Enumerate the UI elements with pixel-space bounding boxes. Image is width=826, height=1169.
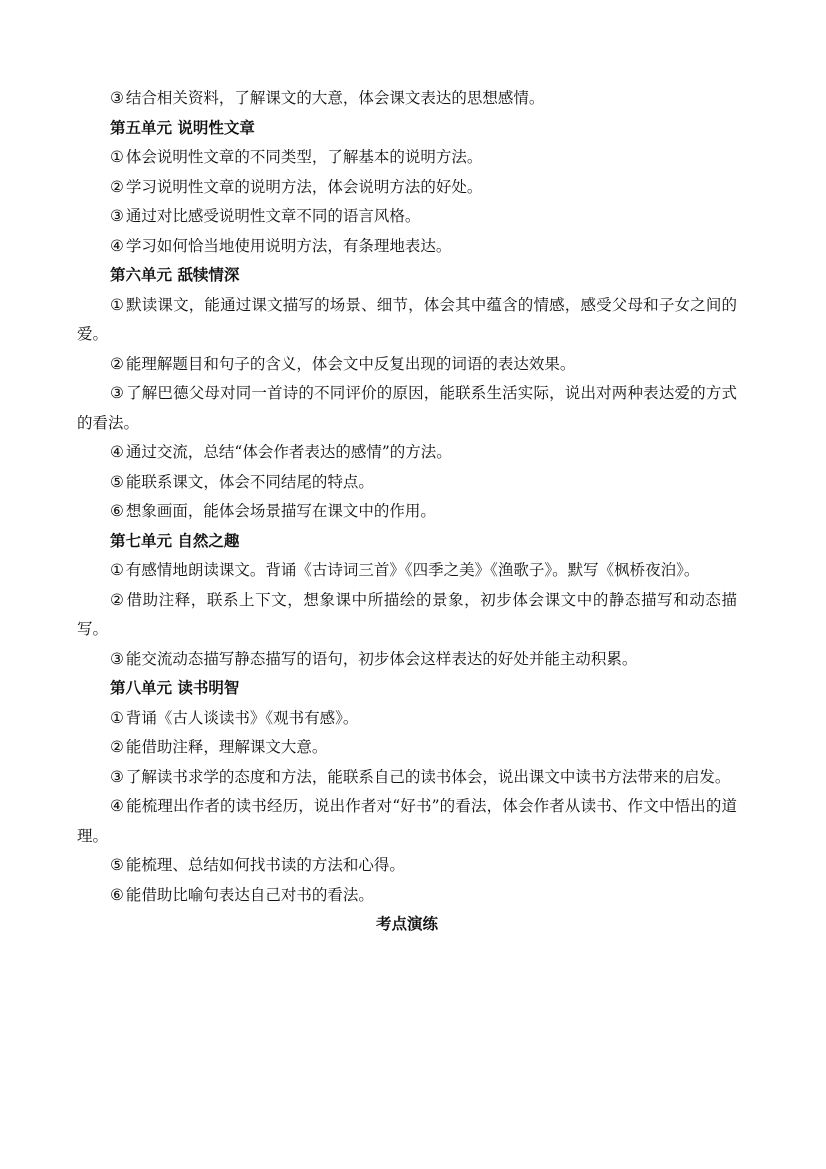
item-text: 能梳理、总结如何找书读的方法和心得。 <box>126 856 405 874</box>
item-text: 想象画面，能体会场景描写在课文中的作用。 <box>126 502 436 520</box>
item-text: 结合相关资料，了解课文的大意，体会课文表达的思想感情。 <box>126 89 545 107</box>
list-item: ③能交流动态描写静态描写的语句，初步体会这样表达的好处并能主动积累。 <box>77 645 737 675</box>
list-item: ②借助注释，联系上下文，想象课中所描绘的景象，初步体会课文中的静态描写和动态描写… <box>77 586 737 645</box>
list-item: ④能梳理出作者的读书经历，说出作者对“好书”的看法，体会作者从读书、作文中悟出的… <box>77 792 737 851</box>
intro-item: ③结合相关资料，了解课文的大意，体会课文表达的思想感情。 <box>77 84 737 114</box>
list-item: ①默读课文，能通过课文描写的场景、细节，体会其中蕴含的情感，感受父母和子女之间的… <box>77 291 737 350</box>
document-page: ③结合相关资料，了解课文的大意，体会课文表达的思想感情。 第五单元 说明性文章 … <box>77 84 737 940</box>
item-marker: ⑥ <box>110 886 124 904</box>
item-text: 能交流动态描写静态描写的语句，初步体会这样表达的好处并能主动积累。 <box>126 650 638 668</box>
item-marker: ① <box>110 561 124 579</box>
item-text: 借助注释，联系上下文，想象课中所描绘的景象，初步体会课文中的静态描写和动态描写。 <box>77 591 737 639</box>
unit-heading: 第六单元 舐犊情深 <box>77 261 737 291</box>
item-marker: ① <box>110 148 124 166</box>
list-item: ①体会说明性文章的不同类型，了解基本的说明方法。 <box>77 143 737 173</box>
item-marker: ③ <box>110 650 124 668</box>
item-text: 体会说明性文章的不同类型，了解基本的说明方法。 <box>126 148 483 166</box>
list-item: ⑤能联系课文，体会不同结尾的特点。 <box>77 468 737 498</box>
item-text: 能梳理出作者的读书经历，说出作者对“好书”的看法，体会作者从读书、作文中悟出的道… <box>77 797 737 845</box>
item-marker: ③ <box>110 89 124 107</box>
item-marker: ⑥ <box>110 502 124 520</box>
list-item: ①有感情地朗读课文。背诵《古诗词三首》《四季之美》《渔歌子》。默写《枫桥夜泊》。 <box>77 556 737 586</box>
list-item: ④通过交流，总结“体会作者表达的感情”的方法。 <box>77 438 737 468</box>
item-marker: ① <box>110 296 124 314</box>
item-marker: ③ <box>110 768 124 786</box>
item-text: 学习如何恰当地使用说明方法，有条理地表达。 <box>126 237 452 255</box>
item-marker: ④ <box>110 237 124 255</box>
item-text: 背诵《古人谈读书》《观书有感》。 <box>126 709 359 727</box>
item-marker: ③ <box>110 384 124 402</box>
item-text: 能借助比喻句表达自己对书的看法。 <box>126 886 374 904</box>
section-title: 考点演练 <box>77 910 737 940</box>
list-item: ③通过对比感受说明性文章不同的语言风格。 <box>77 202 737 232</box>
item-marker: ① <box>110 709 124 727</box>
item-text: 能理解题目和句子的含义，体会文中反复出现的词语的表达效果。 <box>126 355 576 373</box>
item-text: 能借助注释，理解课文大意。 <box>126 738 328 756</box>
item-text: 了解读书求学的态度和方法，能联系自己的读书体会，说出课文中读书方法带来的启发。 <box>126 768 731 786</box>
unit-heading: 第五单元 说明性文章 <box>77 114 737 144</box>
list-item: ④学习如何恰当地使用说明方法，有条理地表达。 <box>77 232 737 262</box>
item-marker: ② <box>110 355 124 373</box>
item-text: 了解巴德父母对同一首诗的不同评价的原因，能联系生活实际，说出对两种表达爱的方式的… <box>77 384 737 432</box>
list-item: ②学习说明性文章的说明方法，体会说明方法的好处。 <box>77 173 737 203</box>
item-marker: ③ <box>110 207 124 225</box>
item-marker: ⑤ <box>110 473 124 491</box>
item-marker: ⑤ <box>110 856 124 874</box>
item-text: 学习说明性文章的说明方法，体会说明方法的好处。 <box>126 178 483 196</box>
list-item: ③了解巴德父母对同一首诗的不同评价的原因，能联系生活实际，说出对两种表达爱的方式… <box>77 379 737 438</box>
unit-heading: 第七单元 自然之趣 <box>77 527 737 557</box>
item-marker: ④ <box>110 797 124 815</box>
list-item: ⑤能梳理、总结如何找书读的方法和心得。 <box>77 851 737 881</box>
item-marker: ② <box>110 591 124 609</box>
item-text: 通过交流，总结“体会作者表达的感情”的方法。 <box>126 443 452 461</box>
list-item: ②能借助注释，理解课文大意。 <box>77 733 737 763</box>
unit-heading: 第八单元 读书明智 <box>77 674 737 704</box>
list-item: ⑥能借助比喻句表达自己对书的看法。 <box>77 881 737 911</box>
list-item: ⑥想象画面，能体会场景描写在课文中的作用。 <box>77 497 737 527</box>
item-text: 能联系课文，体会不同结尾的特点。 <box>126 473 374 491</box>
item-text: 默读课文，能通过课文描写的场景、细节，体会其中蕴含的情感，感受父母和子女之间的爱… <box>77 296 737 344</box>
list-item: ②能理解题目和句子的含义，体会文中反复出现的词语的表达效果。 <box>77 350 737 380</box>
item-text: 通过对比感受说明性文章不同的语言风格。 <box>126 207 421 225</box>
item-marker: ② <box>110 178 124 196</box>
list-item: ③了解读书求学的态度和方法，能联系自己的读书体会，说出课文中读书方法带来的启发。 <box>77 763 737 793</box>
item-marker: ④ <box>110 443 124 461</box>
item-text: 有感情地朗读课文。背诵《古诗词三首》《四季之美》《渔歌子》。默写《枫桥夜泊》。 <box>126 561 700 579</box>
list-item: ①背诵《古人谈读书》《观书有感》。 <box>77 704 737 734</box>
item-marker: ② <box>110 738 124 756</box>
